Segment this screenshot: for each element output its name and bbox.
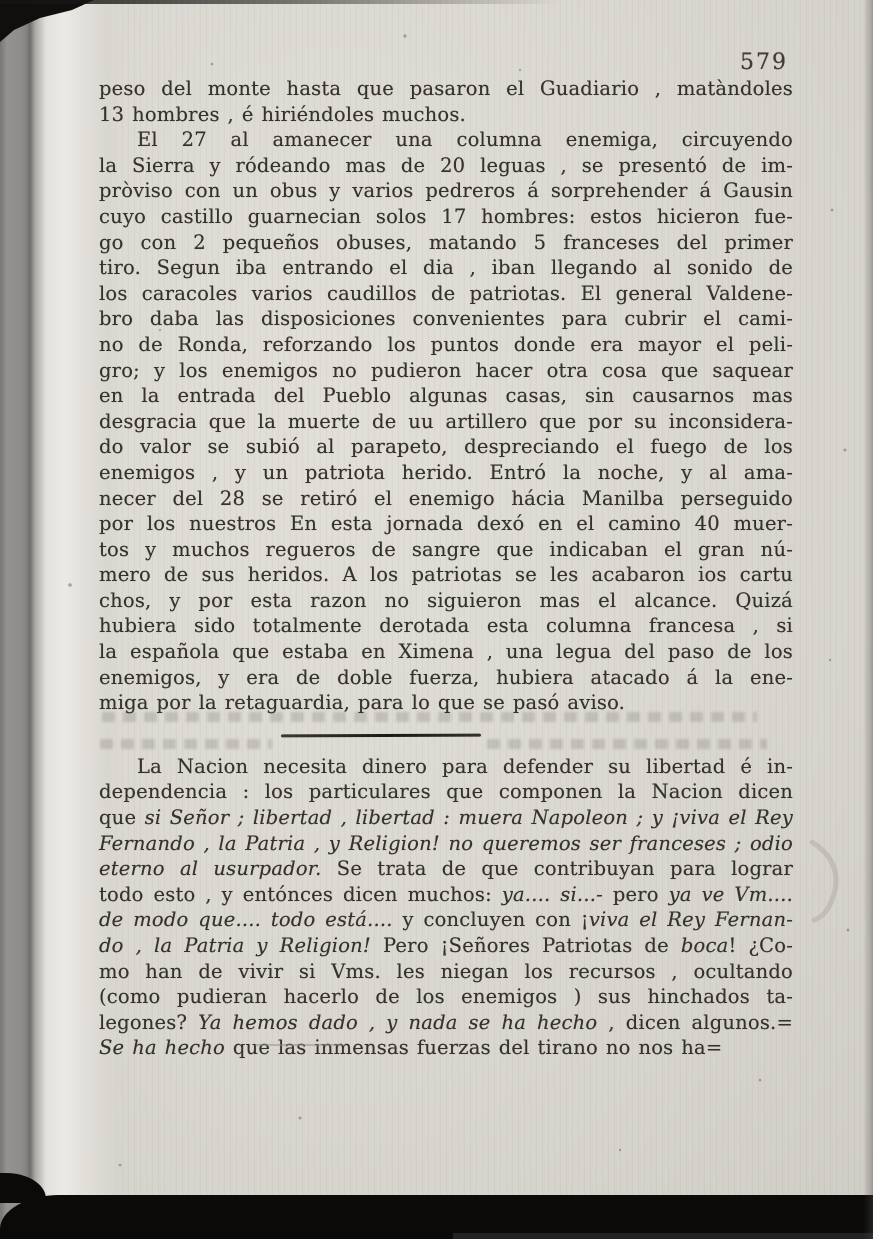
text-line: la Sierra y ródeando mas de 20 leguas , … — [99, 153, 793, 179]
text-line: tos y muchos regueros de sangre que indi… — [99, 537, 793, 563]
italic-text-segment: ya.... si...- — [502, 883, 603, 906]
text-segment: pero — [603, 883, 669, 906]
text-segment: cuyo castillo guarnecian solos 17 hombre… — [99, 205, 793, 228]
text-line: los caracoles varios caudillos de patrio… — [99, 281, 793, 307]
text-segment: ! ¿Co- — [728, 934, 793, 957]
paragraph: peso del monte hasta que pasaron el Guad… — [99, 76, 793, 127]
text-line: do , la Patria y Religion! Pero ¡Señores… — [99, 933, 793, 959]
italic-text-segment: ya ve Vm.... — [669, 883, 793, 906]
text-segment: peso del monte hasta que pasaron el Guad… — [99, 77, 793, 100]
text-segment: que — [99, 806, 145, 829]
text-segment: mero de sus heridos. A los patriotas se … — [99, 563, 793, 586]
text-segment: los caracoles varios caudillos de patrio… — [99, 282, 793, 305]
italic-text-segment: Ya hemos dado , y nada se ha hecho — [198, 1011, 597, 1034]
text-segment: por los nuestros En esta jornada dexó en… — [99, 512, 793, 535]
text-segment: hubiera sido totalmente derotada esta co… — [99, 614, 793, 637]
text-segment: la Sierra y ródeando mas de 20 leguas , … — [99, 154, 793, 177]
text-line: peso del monte hasta que pasaron el Guad… — [99, 76, 793, 102]
text-line: enemigos, y era de doble fuerza, hubiera… — [99, 665, 793, 691]
text-line: cuyo castillo guarnecian solos 17 hombre… — [99, 204, 793, 230]
text-segment: mo han de vivir si Vms. les niegan los r… — [99, 960, 793, 983]
text-line: bro daba las disposiciones convenientes … — [99, 306, 793, 332]
text-segment: y concluyen con ¡ — [393, 908, 589, 931]
text-line: por los nuestros En esta jornada dexó en… — [99, 511, 793, 537]
text-segment: La Nacion necesita dinero para defender … — [137, 755, 793, 778]
text-segment: do valor se subió al parapeto, desprecia… — [99, 435, 793, 458]
text-line: legones? Ya hemos dado , y nada se ha he… — [99, 1010, 793, 1036]
text-line: go con 2 pequeños obuses, matando 5 fran… — [99, 230, 793, 256]
italic-text-segment: viva el Rey Fernan- — [589, 908, 793, 931]
text-segment: que las inmensas fuerzas del tirano no n… — [225, 1036, 722, 1059]
text-line: chos, y por esta razon no siguieron mas … — [99, 588, 793, 614]
text-segment: El 27 al amanecer una columna enemiga, c… — [137, 128, 793, 151]
section-divider-rule — [281, 733, 481, 737]
text-line: 13 hombres , é hiriéndoles muchos. — [99, 102, 793, 128]
text-line: enemigos , y un patriota herido. Entró l… — [99, 460, 793, 486]
text-line: miga por la retaguardia, para lo que se … — [99, 690, 793, 716]
text-line: necer del 28 se retiró el enemigo hácia … — [99, 486, 793, 512]
text-line: Se ha hecho que las inmensas fuerzas del… — [99, 1035, 793, 1061]
text-line: La Nacion necesita dinero para defender … — [99, 754, 793, 780]
scan-bottom-edge — [0, 1195, 873, 1239]
text-segment: la española que estaba en Ximena , una l… — [99, 640, 793, 663]
text-segment: legones? — [99, 1011, 198, 1034]
text-line: dependencia : los particulares que compo… — [99, 779, 793, 805]
text-line: (como pudieran hacerlo de los enemigos )… — [99, 984, 793, 1010]
text-segment: go con 2 pequeños obuses, matando 5 fran… — [99, 231, 793, 254]
text-line: en la entrada del Pueblo algunas casas, … — [99, 383, 793, 409]
text-segment: chos, y por esta razon no siguieron mas … — [99, 589, 793, 612]
text-segment: no de Ronda, reforzando los puntos donde… — [99, 333, 793, 356]
text-line: no de Ronda, reforzando los puntos donde… — [99, 332, 793, 358]
text-line: que si Señor ; libertad , libertad : mue… — [99, 805, 793, 831]
text-segment: desgracia que la muerte de uu artillero … — [99, 410, 793, 433]
text-segment: en la entrada del Pueblo algunas casas, … — [99, 384, 793, 407]
italic-text-segment: boca — [681, 934, 729, 957]
paper-stain — [812, 842, 836, 920]
body-text: peso del monte hasta que pasaron el Guad… — [99, 76, 793, 1061]
text-line: mero de sus heridos. A los patriotas se … — [99, 562, 793, 588]
text-segment: bro daba las disposiciones convenientes … — [99, 307, 793, 330]
text-line: do valor se subió al parapeto, desprecia… — [99, 434, 793, 460]
text-segment: tiro. Segun iba entrando el dia , iban l… — [99, 256, 793, 279]
italic-text-segment: do , la Patria y Religion! — [99, 934, 371, 957]
scanned-page: 579 peso del monte hasta que pasaron el … — [0, 0, 873, 1239]
page-number: 579 — [735, 50, 793, 75]
text-segment: pròviso con un obus y varios pedreros á … — [99, 179, 793, 202]
italic-text-segment: eterno al usurpador. — [99, 857, 322, 880]
text-segment: necer del 28 se retiró el enemigo hácia … — [99, 487, 793, 510]
page-right-edge-shadow — [863, 0, 873, 1239]
paragraph: El 27 al amanecer una columna enemiga, c… — [99, 127, 793, 716]
text-segment: (como pudieran hacerlo de los enemigos )… — [99, 985, 793, 1008]
text-segment: , dicen algunos.= — [597, 1011, 793, 1034]
text-segment: dependencia : los particulares que compo… — [99, 780, 793, 803]
text-line: desgracia que la muerte de uu artillero … — [99, 409, 793, 435]
text-line: tiro. Segun iba entrando el dia , iban l… — [99, 255, 793, 281]
text-segment: Pero ¡Señores Patriotas de — [371, 934, 681, 957]
text-segment: 13 hombres , é hiriéndoles muchos. — [99, 103, 466, 126]
text-line: gro; y los enemigos no pudieron hacer ot… — [99, 358, 793, 384]
paragraph: La Nacion necesita dinero para defender … — [99, 754, 793, 1061]
text-segment: gro; y los enemigos no pudieron hacer ot… — [99, 359, 793, 382]
text-line: de modo que.... todo está.... y concluye… — [99, 907, 793, 933]
text-line: Fernando , la Patria , y Religion! no qu… — [99, 831, 793, 857]
text-segment: miga por la retaguardia, para lo que se … — [99, 691, 625, 714]
italic-text-segment: si Señor ; libertad , libertad : muera N… — [145, 806, 793, 829]
text-line: pròviso con un obus y varios pedreros á … — [99, 178, 793, 204]
italic-text-segment: de modo que.... todo está.... — [99, 908, 393, 931]
scan-top-edge — [0, 0, 560, 4]
text-segment: todo esto , y entónces dicen muchos: — [99, 883, 502, 906]
text-segment: enemigos, y era de doble fuerza, hubiera… — [99, 666, 793, 689]
text-segment: tos y muchos regueros de sangre que indi… — [99, 538, 793, 561]
text-line: eterno al usurpador. Se trata de que con… — [99, 856, 793, 882]
text-line: mo han de vivir si Vms. les niegan los r… — [99, 959, 793, 985]
text-line: todo esto , y entónces dicen muchos: ya.… — [99, 882, 793, 908]
text-line: la española que estaba en Ximena , una l… — [99, 639, 793, 665]
italic-text-segment: Se ha hecho — [99, 1036, 225, 1059]
italic-text-segment: Fernando , la Patria , y Religion! no qu… — [99, 832, 793, 855]
text-segment: Se trata de que contribuyan para lograr — [322, 857, 793, 880]
text-line: hubiera sido totalmente derotada esta co… — [99, 613, 793, 639]
text-line: El 27 al amanecer una columna enemiga, c… — [99, 127, 793, 153]
text-segment: enemigos , y un patriota herido. Entró l… — [99, 461, 793, 484]
